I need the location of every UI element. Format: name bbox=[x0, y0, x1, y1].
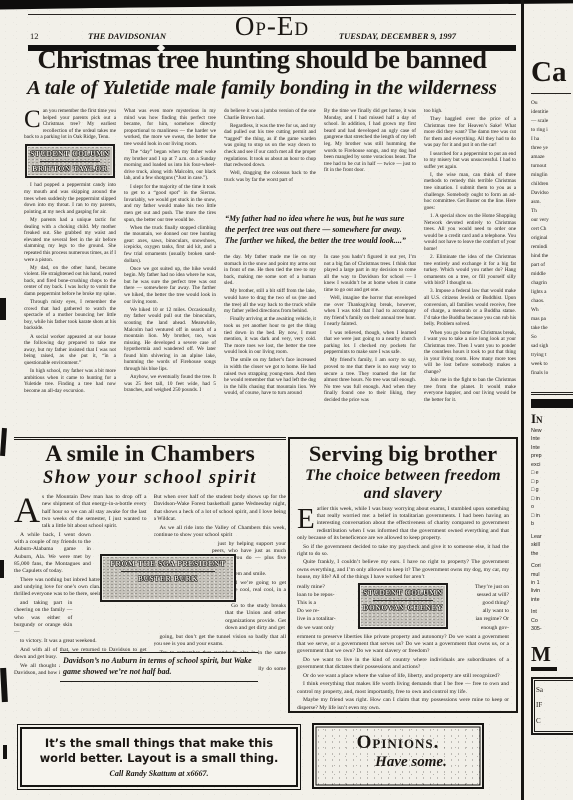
student-column-box: Student Column Donovan Cheney bbox=[358, 583, 448, 629]
scan-artifact-left bbox=[0, 560, 4, 578]
drop-cap: A bbox=[14, 494, 42, 524]
paragraph: I searched for a peppermint to put an en… bbox=[424, 151, 516, 171]
paragraph: I, the wise man, can think of three meth… bbox=[424, 172, 516, 212]
ad-tagline: Have some. bbox=[314, 754, 482, 771]
rail-text-fragments: Th our very cert Ch original remindi hin… bbox=[531, 207, 573, 378]
box-author: Britton Taylor bbox=[28, 164, 112, 174]
paragraph: Go to the study breaks that the Union an… bbox=[225, 603, 286, 632]
article-column-5: too high. They haggled over the price of… bbox=[424, 108, 516, 437]
scan-artifact-left bbox=[0, 428, 7, 456]
paragraph: The smile on my father’s face increased … bbox=[224, 357, 316, 397]
smile-headline: A smile in Chambers bbox=[14, 441, 286, 468]
paragraph: Maybe my friend was right. How can I cla… bbox=[297, 697, 509, 711]
paragraph: Finally arriving at the awaiting vehicle… bbox=[224, 316, 316, 356]
wrap-fragment-right: They’re just on sessed at will? good thi… bbox=[453, 583, 509, 632]
box-author: Donovan Cheney bbox=[361, 603, 445, 613]
rail-headline: Ca bbox=[531, 58, 573, 87]
article-column-2: What was even more mysterious in my mind… bbox=[124, 108, 216, 437]
paragraph: Do we want to live in the kind of countr… bbox=[297, 657, 509, 671]
issue-date: TUESDAY, DECEMBER 9, 1997 bbox=[339, 31, 514, 41]
paragraph: 1. A special show on the Home Shopping N… bbox=[424, 213, 516, 253]
scan-artifact-left bbox=[3, 745, 7, 759]
paragraph: Through misty eyes, I remember the crowd… bbox=[24, 299, 116, 332]
rail-text-fragments: Ou identitie — scale to ring i I ha thre… bbox=[531, 99, 573, 207]
scan-artifact-left bbox=[0, 298, 6, 320]
rail-divider bbox=[531, 392, 573, 395]
wrap-fragment-left: really mine? loan to be repos- This is a… bbox=[297, 583, 353, 632]
paragraph: going, but don’t get the tunnel vision s… bbox=[154, 634, 287, 649]
serving-headline: Serving big brother bbox=[297, 441, 509, 467]
paragraph: 3. Impose a federal law that would make … bbox=[424, 288, 516, 328]
paragraph: My parents had a unique tactic for deali… bbox=[24, 217, 116, 263]
sga-president-box: From the SGA President Buster Burk bbox=[100, 554, 236, 602]
page-number: 12 bbox=[30, 31, 88, 41]
paragraph: I think everything that makes life worth… bbox=[297, 681, 509, 695]
paragraph: What was even more mysterious in my mind… bbox=[124, 108, 216, 148]
rail-ad-logo: M bbox=[531, 642, 557, 671]
paragraph: Or do we want a place where the value of… bbox=[297, 673, 509, 680]
paragraph: Well, imagine the horror that enveloped … bbox=[324, 295, 416, 328]
box-divider bbox=[40, 161, 100, 162]
paragraph: My friend’s family, I am sorry to say, p… bbox=[324, 357, 416, 403]
box-author: Buster Burk bbox=[103, 574, 233, 584]
layout-house-ad: It’s the small things that make this wor… bbox=[20, 727, 298, 787]
drop-cap: E bbox=[297, 506, 317, 531]
paragraph: 2. Eliminate the idea of the Christmas t… bbox=[424, 254, 516, 287]
paragraph: So if the government decided to take my … bbox=[297, 544, 509, 558]
smile-body: As the Mountain Dew man has to drop off … bbox=[14, 494, 286, 712]
ad-contact: Call Randy Skattum at x6667. bbox=[22, 769, 296, 778]
drop-cap: C bbox=[24, 108, 43, 130]
rail-ad-checklist: □ e □ p □ g □ in o □ in b bbox=[531, 469, 573, 528]
masthead-row: 12 THE DAVIDSONIAN Op-Ed TUESDAY, DECEMB… bbox=[28, 15, 516, 42]
paragraph: Can you remember the first time you help… bbox=[24, 108, 116, 141]
paragraph: By the time we finally did get home, it … bbox=[324, 108, 416, 174]
paragraph: Well, dragging the colossus back to the … bbox=[224, 170, 316, 183]
main-article-columns: Can you remember the first time you help… bbox=[24, 108, 516, 437]
pull-quote: “My father had no idea where he was, but… bbox=[225, 211, 415, 251]
paragraph: In case you hadn’t figured it out yet, I… bbox=[324, 254, 416, 294]
paragraph: My dad, on the other hand, became violen… bbox=[24, 265, 116, 298]
rail-ad-banner bbox=[531, 399, 573, 408]
rail-ad-text: Int Co 305- bbox=[531, 608, 573, 633]
main-subhead: A tale of Yuletide male family bonding i… bbox=[10, 77, 514, 100]
scan-artifact-left bbox=[0, 668, 8, 702]
article-column-3-cont: the day. My father made me lie on my sto… bbox=[224, 254, 316, 437]
paragraph: The “day” began when my father woke my b… bbox=[124, 149, 216, 182]
rail-rule bbox=[531, 93, 571, 94]
rail-ad-text: New Inte Inte prep exci bbox=[531, 427, 573, 469]
serving-subhead: The choice between freedom and slavery bbox=[297, 467, 509, 503]
paragraph: the day. My father made me lie on my sto… bbox=[224, 254, 316, 287]
paragraph: too high. bbox=[424, 108, 516, 115]
paragraph: We hiked 10 or 12 miles. Occasionally, m… bbox=[124, 307, 216, 373]
paragraph: ernment to preserve liberties like priva… bbox=[297, 634, 509, 656]
box-divider bbox=[373, 600, 433, 601]
paragraph: When you go home for Christmas break, I … bbox=[424, 330, 516, 376]
text-wrap-row: really mine? loan to be repos- This is a… bbox=[297, 583, 509, 632]
paragraph: Join me in the fight to ban the Christma… bbox=[424, 377, 516, 403]
column-divider-rule bbox=[521, 0, 524, 800]
paragraph: Regardless, it was the tree for us, and … bbox=[224, 123, 316, 169]
rail-ad-heading: In bbox=[531, 411, 573, 427]
paragraph: As the Mountain Dew man has to drop off … bbox=[14, 494, 147, 530]
paragraph: to victory. It was a great weekend. bbox=[14, 638, 147, 645]
ad-title: Opinions. bbox=[314, 733, 482, 752]
paragraph: My brother, still a bit stiff from the l… bbox=[224, 288, 316, 314]
paragraph: Anyhow, we eventually found the tree. It… bbox=[124, 374, 216, 394]
article-column-1: Can you remember the first time you help… bbox=[24, 108, 116, 437]
student-column-box: Student Column Britton Taylor bbox=[25, 144, 115, 179]
rail-ad-text: Lear skill the bbox=[531, 533, 573, 558]
article-column-4-cont: In case you hadn’t figured it out yet, I… bbox=[324, 254, 416, 437]
box-kicker: Student Column bbox=[28, 149, 112, 159]
article-smile-in-chambers: A smile in Chambers Show your school spi… bbox=[14, 437, 286, 719]
paragraph: Once we got suited up, the hike would be… bbox=[124, 266, 216, 306]
paragraph: A social worker appeared at our house th… bbox=[24, 334, 116, 367]
smile-subhead: Show your school spirit bbox=[14, 468, 286, 489]
opinions-house-ad: Opinions. Have some. bbox=[312, 723, 484, 789]
main-headline: Christmas tree hunting should be banned bbox=[10, 44, 514, 75]
box-kicker: From the SGA President bbox=[103, 559, 233, 569]
right-rail-clipped: Ca Ou identitie — scale to ring i I ha t… bbox=[531, 58, 573, 735]
box-divider bbox=[121, 571, 215, 572]
article-column-4: By the time we finally did get home, it … bbox=[324, 108, 416, 208]
article-column-3: do believe it was a jumbo version of the… bbox=[224, 108, 316, 208]
paragraph: Earlier this week, while I was busy worr… bbox=[297, 506, 509, 542]
columns-above-quote: do believe it was a jumbo version of the… bbox=[224, 108, 416, 208]
paragraph: They haggled over the price of a Christm… bbox=[424, 116, 516, 149]
paragraph: and taking part in cheering on the famil… bbox=[14, 600, 72, 636]
ad-headline: It’s the small things that make this wor… bbox=[22, 736, 296, 766]
lead-text: arlier this week, while I was busy worry… bbox=[297, 506, 509, 541]
columns-below-quote: the day. My father made me lie on my sto… bbox=[224, 254, 416, 437]
paragraph: When the truck finally stopped climbing … bbox=[124, 225, 216, 265]
paragraph: A while back, I went down with a couple … bbox=[14, 532, 91, 576]
paragraph: do believe it was a jumbo version of the… bbox=[224, 108, 316, 121]
box-kicker: Student Column bbox=[361, 588, 445, 598]
article-serving-big-brother: Serving big brother The choice between f… bbox=[288, 437, 518, 713]
rail-ad-text: Cori mul in 1 livin inte bbox=[531, 562, 573, 604]
paragraph: I had popped a peppermint candy into my … bbox=[24, 182, 116, 215]
article-columns-3-4: do believe it was a jumbo version of the… bbox=[224, 108, 416, 437]
smile-pull-quote: Davidson’s no Auburn in terms of school … bbox=[60, 652, 258, 682]
paper-name: THE DAVIDSONIAN bbox=[88, 31, 248, 41]
paragraph: Quite frankly, I couldn’t believe my ear… bbox=[297, 559, 509, 581]
paragraph: As we all ride into the Valley of Chambe… bbox=[154, 525, 287, 540]
paragraph: But when over half of the student body s… bbox=[154, 494, 287, 523]
section-title: Op-Ed bbox=[235, 11, 309, 42]
serving-body: Earlier this week, while I was busy worr… bbox=[297, 506, 509, 713]
paragraph: I was relieved, though, when I learned t… bbox=[324, 330, 416, 356]
newspaper-page: 12 THE DAVIDSONIAN Op-Ed TUESDAY, DECEMB… bbox=[0, 0, 573, 800]
paragraph: I slept for the majority of the time it … bbox=[124, 184, 216, 224]
paragraph: In high school, my father was a bit more… bbox=[24, 368, 116, 394]
lead-text: s the Mountain Dew man has to drop off a… bbox=[42, 494, 147, 529]
rail-boxed-ad: Sa IF C bbox=[531, 677, 573, 735]
